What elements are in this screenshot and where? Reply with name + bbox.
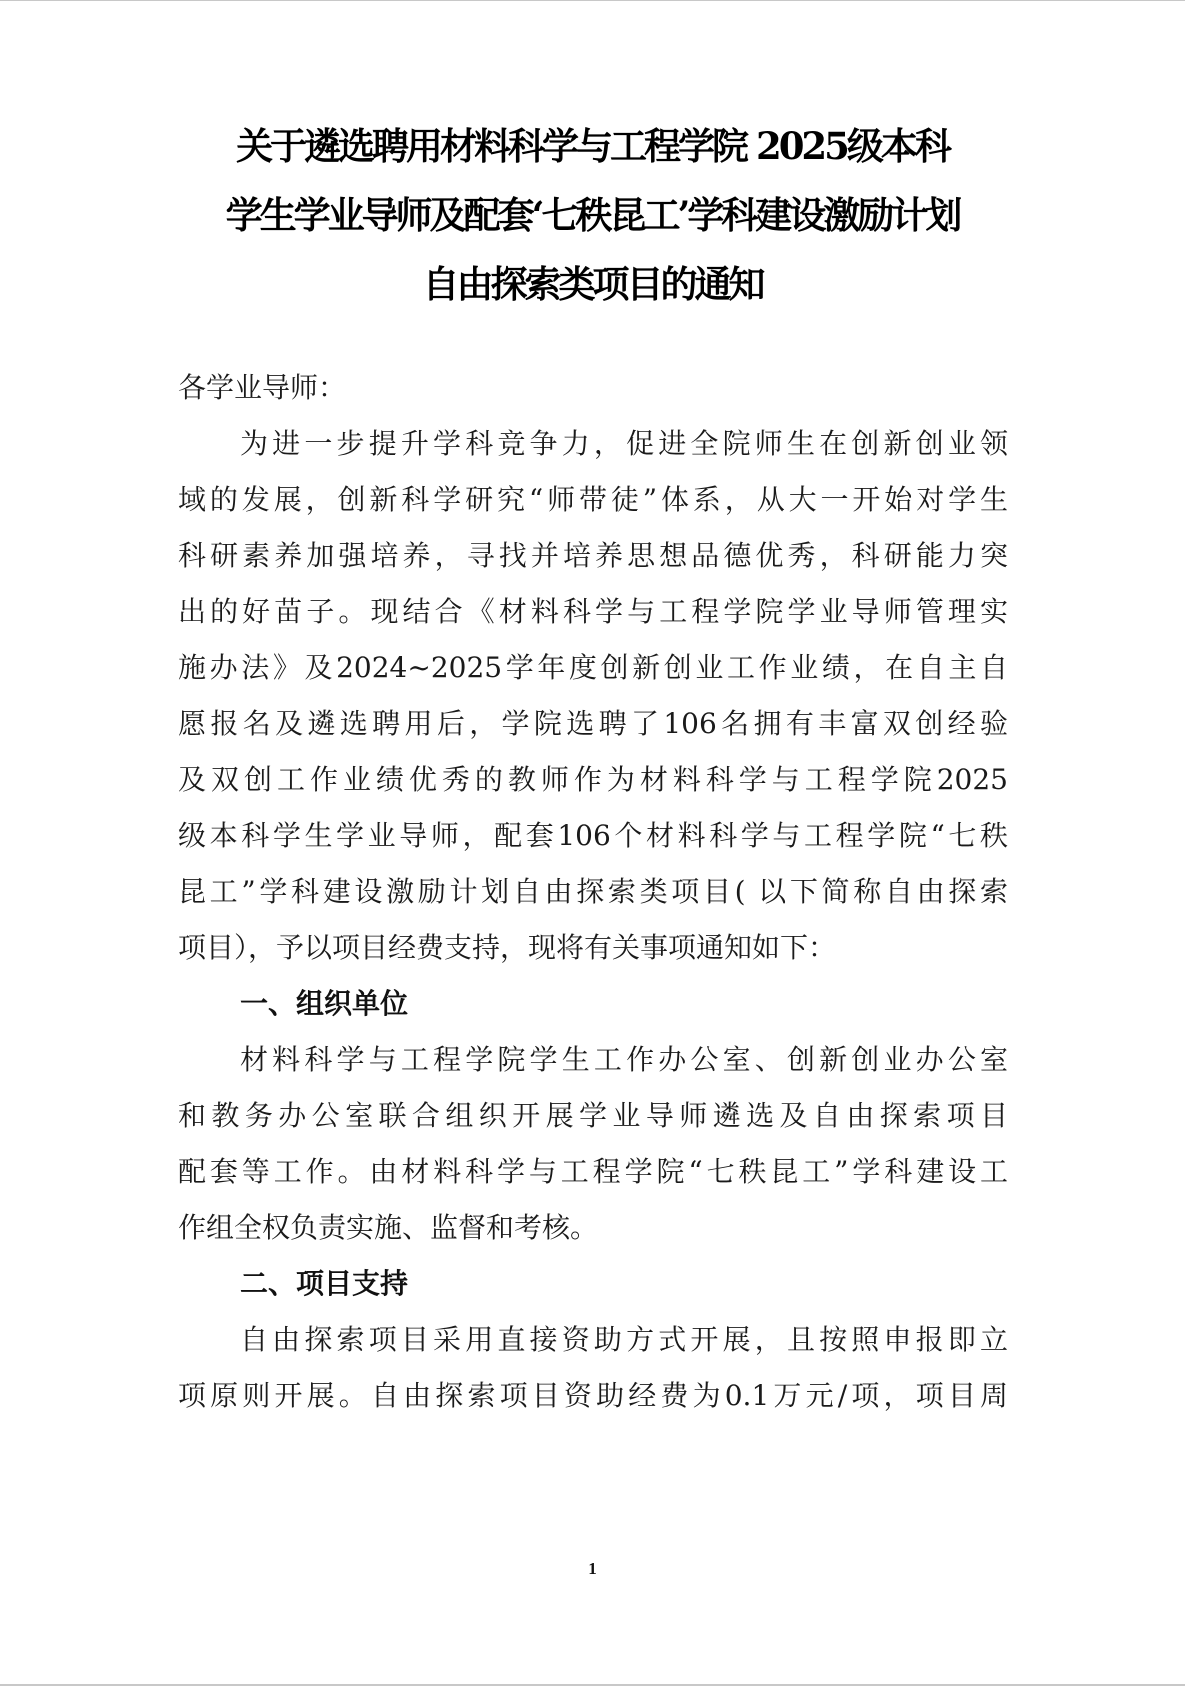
document-title-line-1: 关于遴选聘用材料科学与工程学院 2025级本科	[150, 121, 1035, 171]
intro-paragraph-line: 科研素养加强培养，寻找并培养思想品德优秀，科研能力突	[178, 536, 1008, 576]
section-heading-project-support: 二、项目支持	[240, 1264, 408, 1304]
intro-paragraph-line: 域的发展，创新科学研究“师带徒”体系，从大一开始对学生	[178, 480, 1008, 520]
page-number: 1	[0, 1559, 1185, 1579]
section-paragraph-line: 配套等工作。由材料科学与工程学院“七秩昆工”学科建设工	[178, 1152, 1008, 1192]
section-paragraph-line: 项原则开展。自由探索项目资助经费为0.1万元/项，项目周	[178, 1376, 1008, 1416]
section-heading-organizer: 一、组织单位	[240, 984, 408, 1024]
intro-paragraph-line: 昆工”学科建设激励计划自由探索类项目( 以下简称自由探索	[178, 872, 1008, 912]
intro-paragraph-line: 为进一步提升学科竞争力，促进全院师生在创新创业领	[240, 424, 1008, 464]
section-paragraph-line: 自由探索项目采用直接资助方式开展，且按照申报即立	[240, 1320, 1008, 1360]
intro-paragraph-line: 及双创工作业绩优秀的教师作为材料科学与工程学院2025	[178, 760, 1008, 800]
intro-paragraph-line: 项目），予以项目经费支持，现将有关事项通知如下：	[178, 928, 1008, 968]
section-paragraph-line: 作组全权负责实施、监督和考核。	[178, 1208, 1008, 1248]
intro-paragraph-line: 施办法》及2024~2025学年度创新创业工作业绩，在自主自	[178, 648, 1008, 688]
intro-paragraph-line: 出的好苗子。现结合《材料科学与工程学院学业导师管理实	[178, 592, 1008, 632]
intro-paragraph-line: 级本科学生学业导师，配套106个材料科学与工程学院“七秩	[178, 816, 1008, 856]
document-title-line-2: 学生学业导师及配套‘七秩昆工’学科建设激励计划	[150, 190, 1035, 240]
document-title-line-3: 自由探索类项目的通知	[150, 259, 1035, 309]
section-paragraph-line: 材料科学与工程学院学生工作办公室、创新创业办公室	[240, 1040, 1008, 1080]
salutation: 各学业导师：	[178, 368, 1008, 408]
intro-paragraph-line: 愿报名及遴选聘用后，学院选聘了106名拥有丰富双创经验	[178, 704, 1008, 744]
section-paragraph-line: 和教务办公室联合组织开展学业导师遴选及自由探索项目	[178, 1096, 1008, 1136]
document-page: 关于遴选聘用材料科学与工程学院 2025级本科 学生学业导师及配套‘七秩昆工’学…	[0, 0, 1185, 1686]
